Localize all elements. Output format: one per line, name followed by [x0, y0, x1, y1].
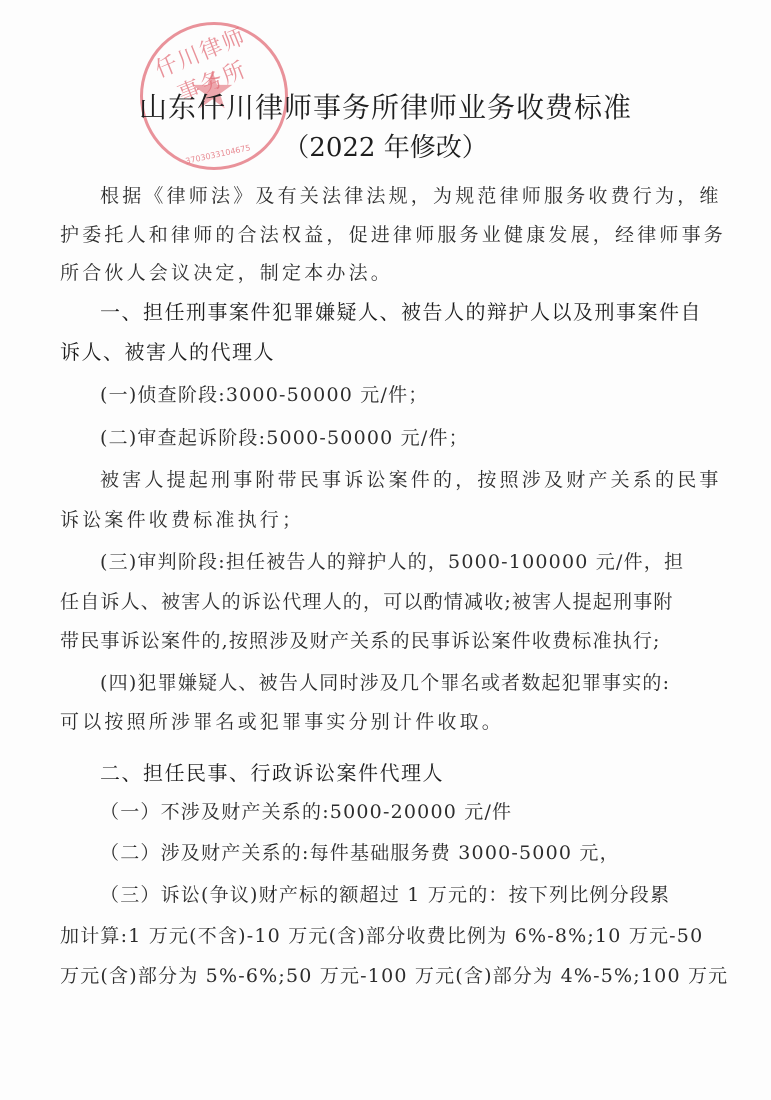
intro-paragraph-line: 护委托人和律师的合法权益，促进律师服务业健康发展，经律师事务: [60, 220, 720, 247]
clause-2-1: （一）不涉及财产关系的:5000-20000 元/件: [100, 797, 720, 824]
clause-2-2: （二）涉及财产关系的:每件基础服务费 3000-5000 元，: [100, 838, 720, 865]
clause-1-3-line: 任自诉人、被害人的诉讼代理人的，可以酌情减收;被害人提起刑事附: [60, 587, 720, 614]
clause-1-4: (四)犯罪嫌疑人、被告人同时涉及几个罪名或者数起犯罪事实的:: [100, 668, 720, 695]
clause-2-3: （三）诉讼(争议)财产标的额超过 1 万元的：按下列比例分段累: [100, 880, 720, 907]
clause-1-2: (二)审查起诉阶段:5000-50000 元/件；: [100, 423, 720, 450]
document-subtitle: （2022 年修改）: [0, 127, 771, 164]
clause-1-3: (三)审判阶段:担任被告人的辩护人的，5000-100000 元/件，担: [100, 547, 720, 574]
clause-note-line: 被害人提起刑事附带民事诉讼案件的，按照涉及财产关系的民事: [100, 465, 720, 492]
section-heading-1: 一、担任刑事案件犯罪嫌疑人、被告人的辩护人以及刑事案件自: [100, 296, 720, 325]
clause-1-3-line: 带民事诉讼案件的,按照涉及财产关系的民事诉讼案件收费标准执行;: [60, 626, 720, 653]
clause-1-4-line: 可以按照所涉罪名或犯罪事实分别计件收取。: [60, 707, 720, 734]
clause-note-line: 诉讼案件收费标准执行；: [60, 505, 720, 532]
intro-paragraph-line: 所合伙人会议决定，制定本办法。: [60, 258, 720, 285]
document-title: 山东仟川律师事务所律师业务收费标准: [0, 86, 771, 126]
section-heading-2: 二、担任民事、行政诉讼案件代理人: [100, 757, 720, 786]
clause-1-1: (一)侦查阶段:3000-50000 元/件；: [100, 380, 720, 407]
intro-paragraph-line: 根据《律师法》及有关法律法规，为规范律师服务收费行为，维: [100, 181, 720, 208]
clause-2-3-line: 万元(含)部分为 5%-6%;50 万元-100 万元(含)部分为 4%-5%;…: [60, 961, 720, 988]
section-heading-1-cont: 诉人、被害人的代理人: [60, 336, 720, 365]
clause-2-3-line: 加计算:1 万元(不含)-10 万元(含)部分收费比例为 6%-8%;10 万元…: [60, 921, 720, 948]
